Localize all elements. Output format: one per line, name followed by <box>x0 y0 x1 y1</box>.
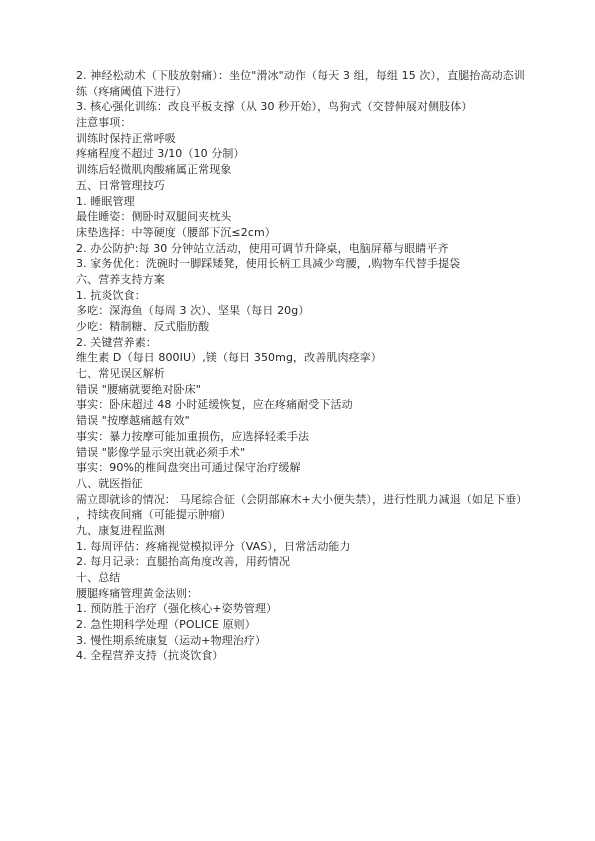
text-line: 练（疼痛阈值下进行） <box>76 84 539 100</box>
text-line: 维生素 D（每日 800IU）,镁（每日 350mg，改善肌肉痉挛） <box>76 350 539 366</box>
list-item: 3. 慢性期系统康复（运动+物理治疗） <box>76 633 539 649</box>
text-line: 事实：卧床超过 48 小时延缓恢复，应在疼痛耐受下活动 <box>76 397 539 413</box>
list-item: 1. 预防胜于治疗（强化核心+姿势管理） <box>76 601 539 617</box>
list-item: 2. 神经松动术（下肢放射痛）：坐位"滑冰"动作（每天 3 组，每组 15 次）… <box>76 68 539 84</box>
document-page: 2. 神经松动术（下肢放射痛）：坐位"滑冰"动作（每天 3 组，每组 15 次）… <box>0 0 595 841</box>
document-body: 2. 神经松动术（下肢放射痛）：坐位"滑冰"动作（每天 3 组，每组 15 次）… <box>76 68 539 664</box>
text-line: 训练时保持正常呼吸 <box>76 131 539 147</box>
list-item: 2. 办公防护:每 30 分钟站立活动，使用可调节升降桌，电脑屏幕与眼睛平齐 <box>76 241 539 257</box>
section-heading: 十、总结 <box>76 570 539 586</box>
list-item: 1. 抗炎饮食： <box>76 288 539 304</box>
list-item: 2. 关键营养素： <box>76 335 539 351</box>
list-item: 3. 家务优化：洗碗时一脚踩矮凳，使用长柄工具减少弯腰，,购物车代替手提袋 <box>76 256 539 272</box>
text-line: 少吃：精制糖、反式脂肪酸 <box>76 319 539 335</box>
section-heading: 八、就医指征 <box>76 476 539 492</box>
text-line: 最佳睡姿：侧卧时双腿间夹枕头 <box>76 209 539 225</box>
text-line: 错误 "影像学显示突出就必须手术" <box>76 445 539 461</box>
text-line: 需立即就诊的情况： 马尾综合征（会阴部麻木+大小便失禁），进行性肌力减退（如足下… <box>76 492 539 508</box>
text-line: 训练后轻微肌肉酸痛属正常现象 <box>76 162 539 178</box>
text-line: ，持续夜间痛（可能提示肿瘤） <box>76 507 539 523</box>
text-line: 错误 "腰痛就要绝对卧床" <box>76 382 539 398</box>
text-line: 注意事项： <box>76 115 539 131</box>
text-line: 床垫选择：中等硬度（腰部下沉≤2cm） <box>76 225 539 241</box>
section-heading: 六、营养支持方案 <box>76 272 539 288</box>
text-line: 多吃：深海鱼（每周 3 次）、坚果（每日 20g） <box>76 303 539 319</box>
text-line: 腰腿疼痛管理黄金法则： <box>76 586 539 602</box>
text-line: 事实：暴力按摩可能加重损伤，应选择轻柔手法 <box>76 429 539 445</box>
text-line: 错误 "按摩越痛越有效" <box>76 413 539 429</box>
list-item: 4. 全程营养支持（抗炎饮食） <box>76 648 539 664</box>
list-item: 2. 急性期科学处理（POLICE 原则） <box>76 617 539 633</box>
section-heading: 九、康复进程监测 <box>76 523 539 539</box>
text-line: 事实：90%的椎间盘突出可通过保守治疗缓解 <box>76 460 539 476</box>
section-heading: 五、日常管理技巧 <box>76 178 539 194</box>
text-line: 疼痛程度不超过 3/10（10 分制） <box>76 146 539 162</box>
section-heading: 七、常见误区解析 <box>76 366 539 382</box>
list-item: 3. 核心强化训练：改良平板支撑（从 30 秒开始），鸟狗式（交替伸展对侧肢体） <box>76 99 539 115</box>
list-item: 1. 睡眠管理 <box>76 194 539 210</box>
list-item: 1. 每周评估：疼痛视觉模拟评分（VAS），日常活动能力 <box>76 539 539 555</box>
list-item: 2. 每月记录：直腿抬高角度改善，用药情况 <box>76 554 539 570</box>
